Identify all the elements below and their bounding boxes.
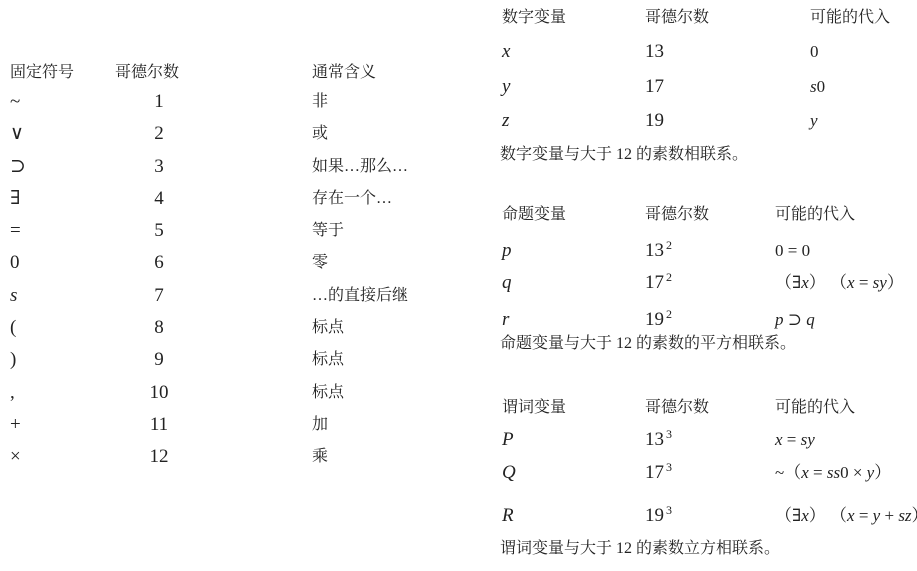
table-row: ( 8 标点 — [10, 318, 490, 340]
variable-cell: Q — [502, 463, 516, 483]
symbol-cell: ⊃ — [10, 157, 26, 177]
table-row: P 133 x = sy — [500, 430, 917, 452]
table-row: R 193 （∃x） （x = y + sz） — [500, 506, 917, 528]
symbol-cell: ( — [10, 318, 16, 338]
symbol-cell: , — [10, 383, 15, 403]
godel-number-cell: 3 — [113, 157, 205, 177]
substitution-cell: ~（x = ss0 × y） — [775, 463, 891, 483]
col-header-godel-number: 哥德尔数 — [115, 63, 179, 83]
table-row: 0 6 零 — [10, 253, 490, 275]
table-caption-row: 谓词变量与大于 12 的素数立方相联系。 — [500, 539, 917, 561]
col-header-godel-number: 哥德尔数 — [645, 398, 709, 418]
godel-number-cell: 10 — [113, 383, 205, 403]
meaning-cell: …的直接后继 — [312, 286, 408, 306]
table-row: ∃ 4 存在一个… — [10, 189, 490, 211]
godel-number-cell: 9 — [113, 350, 205, 370]
predicate-variables-caption: 谓词变量与大于 12 的素数立方相联系。 — [500, 539, 780, 559]
meaning-cell: 非 — [312, 92, 328, 112]
godel-number-cell: 7 — [113, 286, 205, 306]
symbol-cell: + — [10, 415, 21, 435]
col-header-predicate-variable: 谓词变量 — [502, 398, 566, 418]
table-row: ∨ 2 或 — [10, 124, 490, 146]
substitution-cell: x = sy — [775, 430, 815, 450]
fixed-symbols-table: 固定符号 哥德尔数 通常含义 ~ 1 非 ∨ 2 或 ⊃ 3 如果…那么… ∃ … — [10, 0, 490, 571]
col-header-fixed-symbol: 固定符号 — [10, 63, 74, 83]
godel-number-cell: 11 — [113, 415, 205, 435]
meaning-cell: 如果…那么… — [312, 157, 408, 177]
table-row: , 10 标点 — [10, 383, 490, 405]
variable-cell: R — [502, 506, 514, 526]
symbol-cell: s — [10, 286, 17, 306]
meaning-cell: 标点 — [312, 318, 344, 338]
symbol-cell: 0 — [10, 253, 20, 273]
col-header-possible-substitution: 可能的代入 — [775, 398, 855, 418]
godel-number-cell: 1 — [113, 92, 205, 112]
meaning-cell: 标点 — [312, 383, 344, 403]
table-row: ⊃ 3 如果…那么… — [10, 157, 490, 179]
meaning-cell: 标点 — [312, 350, 344, 370]
table-row: × 12 乘 — [10, 447, 490, 469]
table-row: s 7 …的直接后继 — [10, 286, 490, 308]
godel-number-cell: 5 — [113, 221, 205, 241]
meaning-cell: 加 — [312, 415, 328, 435]
meaning-cell: 零 — [312, 253, 328, 273]
godel-number-cell: 8 — [113, 318, 205, 338]
godel-number-cell: 4 — [113, 189, 205, 209]
symbol-cell: ∃ — [10, 189, 20, 209]
godel-number-cell: 173 — [645, 463, 672, 484]
table-row: ) 9 标点 — [10, 350, 490, 372]
col-header-usual-meaning: 通常含义 — [312, 63, 376, 83]
substitution-cell: （∃x） （x = y + sz） — [775, 506, 917, 526]
meaning-cell: 或 — [312, 124, 328, 144]
godel-number-cell: 133 — [645, 430, 672, 451]
fixed-symbols-header-row: 固定符号 哥德尔数 通常含义 — [10, 63, 490, 85]
godel-number-cell: 12 — [113, 447, 205, 467]
symbol-cell: = — [10, 221, 21, 241]
symbol-cell: ∨ — [10, 124, 24, 144]
predicate-variables-table: 谓词变量 哥德尔数 可能的代入 P 133 x = sy Q 173 ~（x =… — [500, 0, 917, 571]
symbol-cell: ) — [10, 350, 16, 370]
symbol-cell: ~ — [10, 92, 20, 112]
table-row: ~ 1 非 — [10, 92, 490, 114]
meaning-cell: 乘 — [312, 447, 328, 467]
symbol-cell: × — [10, 447, 21, 467]
variable-cell: P — [502, 430, 514, 450]
godel-number-cell: 193 — [645, 506, 672, 527]
meaning-cell: 等于 — [312, 221, 344, 241]
document-page: 固定符号 哥德尔数 通常含义 ~ 1 非 ∨ 2 或 ⊃ 3 如果…那么… ∃ … — [0, 0, 917, 571]
table-row: = 5 等于 — [10, 221, 490, 243]
table-row: + 11 加 — [10, 415, 490, 437]
table-row: Q 173 ~（x = ss0 × y） — [500, 463, 917, 485]
predicate-variables-header-row: 谓词变量 哥德尔数 可能的代入 — [500, 398, 917, 420]
meaning-cell: 存在一个… — [312, 189, 392, 209]
godel-number-cell: 6 — [113, 253, 205, 273]
godel-number-cell: 2 — [113, 124, 205, 144]
